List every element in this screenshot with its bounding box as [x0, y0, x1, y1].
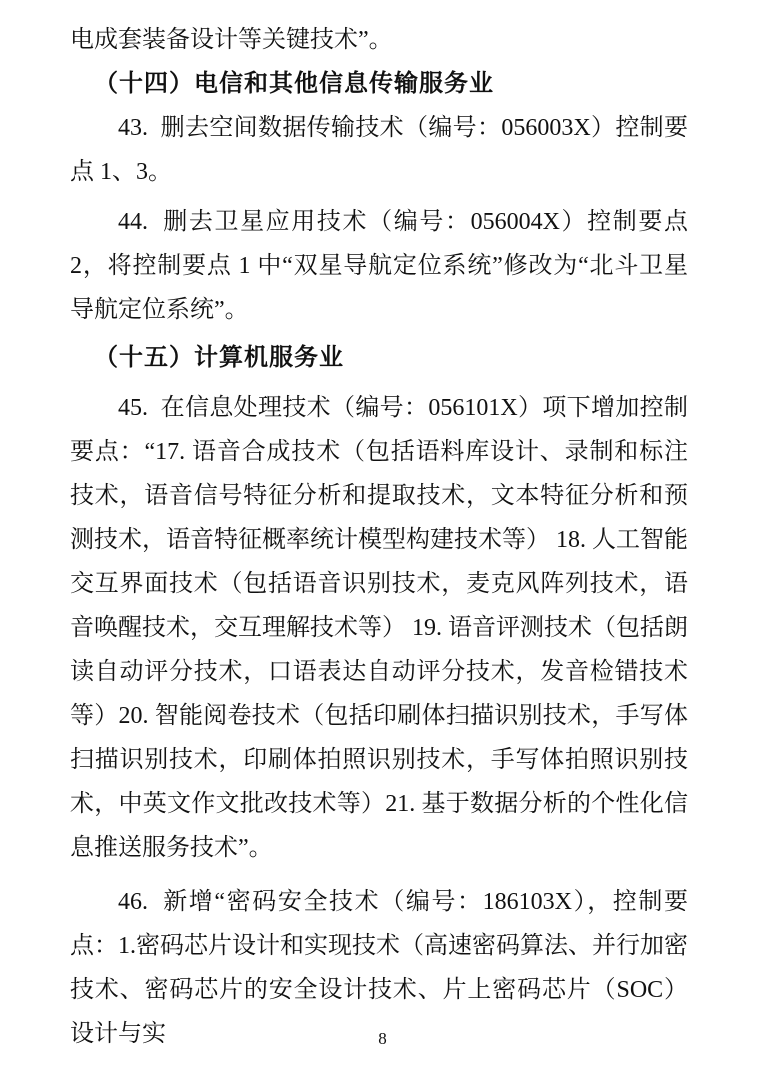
paragraph-item-43: 43. 删去空间数据传输技术（编号：056003X）控制要点 1、3。: [70, 106, 688, 194]
paragraph-continued-from-previous-page: 电成套装备设计等关键技术”。: [70, 18, 688, 62]
document-body: 电成套装备设计等关键技术”。 （十四）电信和其他信息传输服务业 43. 删去空间…: [70, 18, 688, 1056]
page-number: 8: [0, 1028, 765, 1050]
document-page: 电成套装备设计等关键技术”。 （十四）电信和其他信息传输服务业 43. 删去空间…: [0, 0, 765, 1088]
paragraph-item-44: 44. 删去卫星应用技术（编号：056004X）控制要点 2，将控制要点 1 中…: [70, 200, 688, 332]
section-heading-15-computer-services: （十五）计算机服务业: [70, 336, 688, 380]
paragraph-item-45: 45. 在信息处理技术（编号：056101X）项下增加控制要点：“17. 语音合…: [70, 386, 688, 870]
section-heading-14-telecom-services: （十四）电信和其他信息传输服务业: [70, 62, 688, 106]
